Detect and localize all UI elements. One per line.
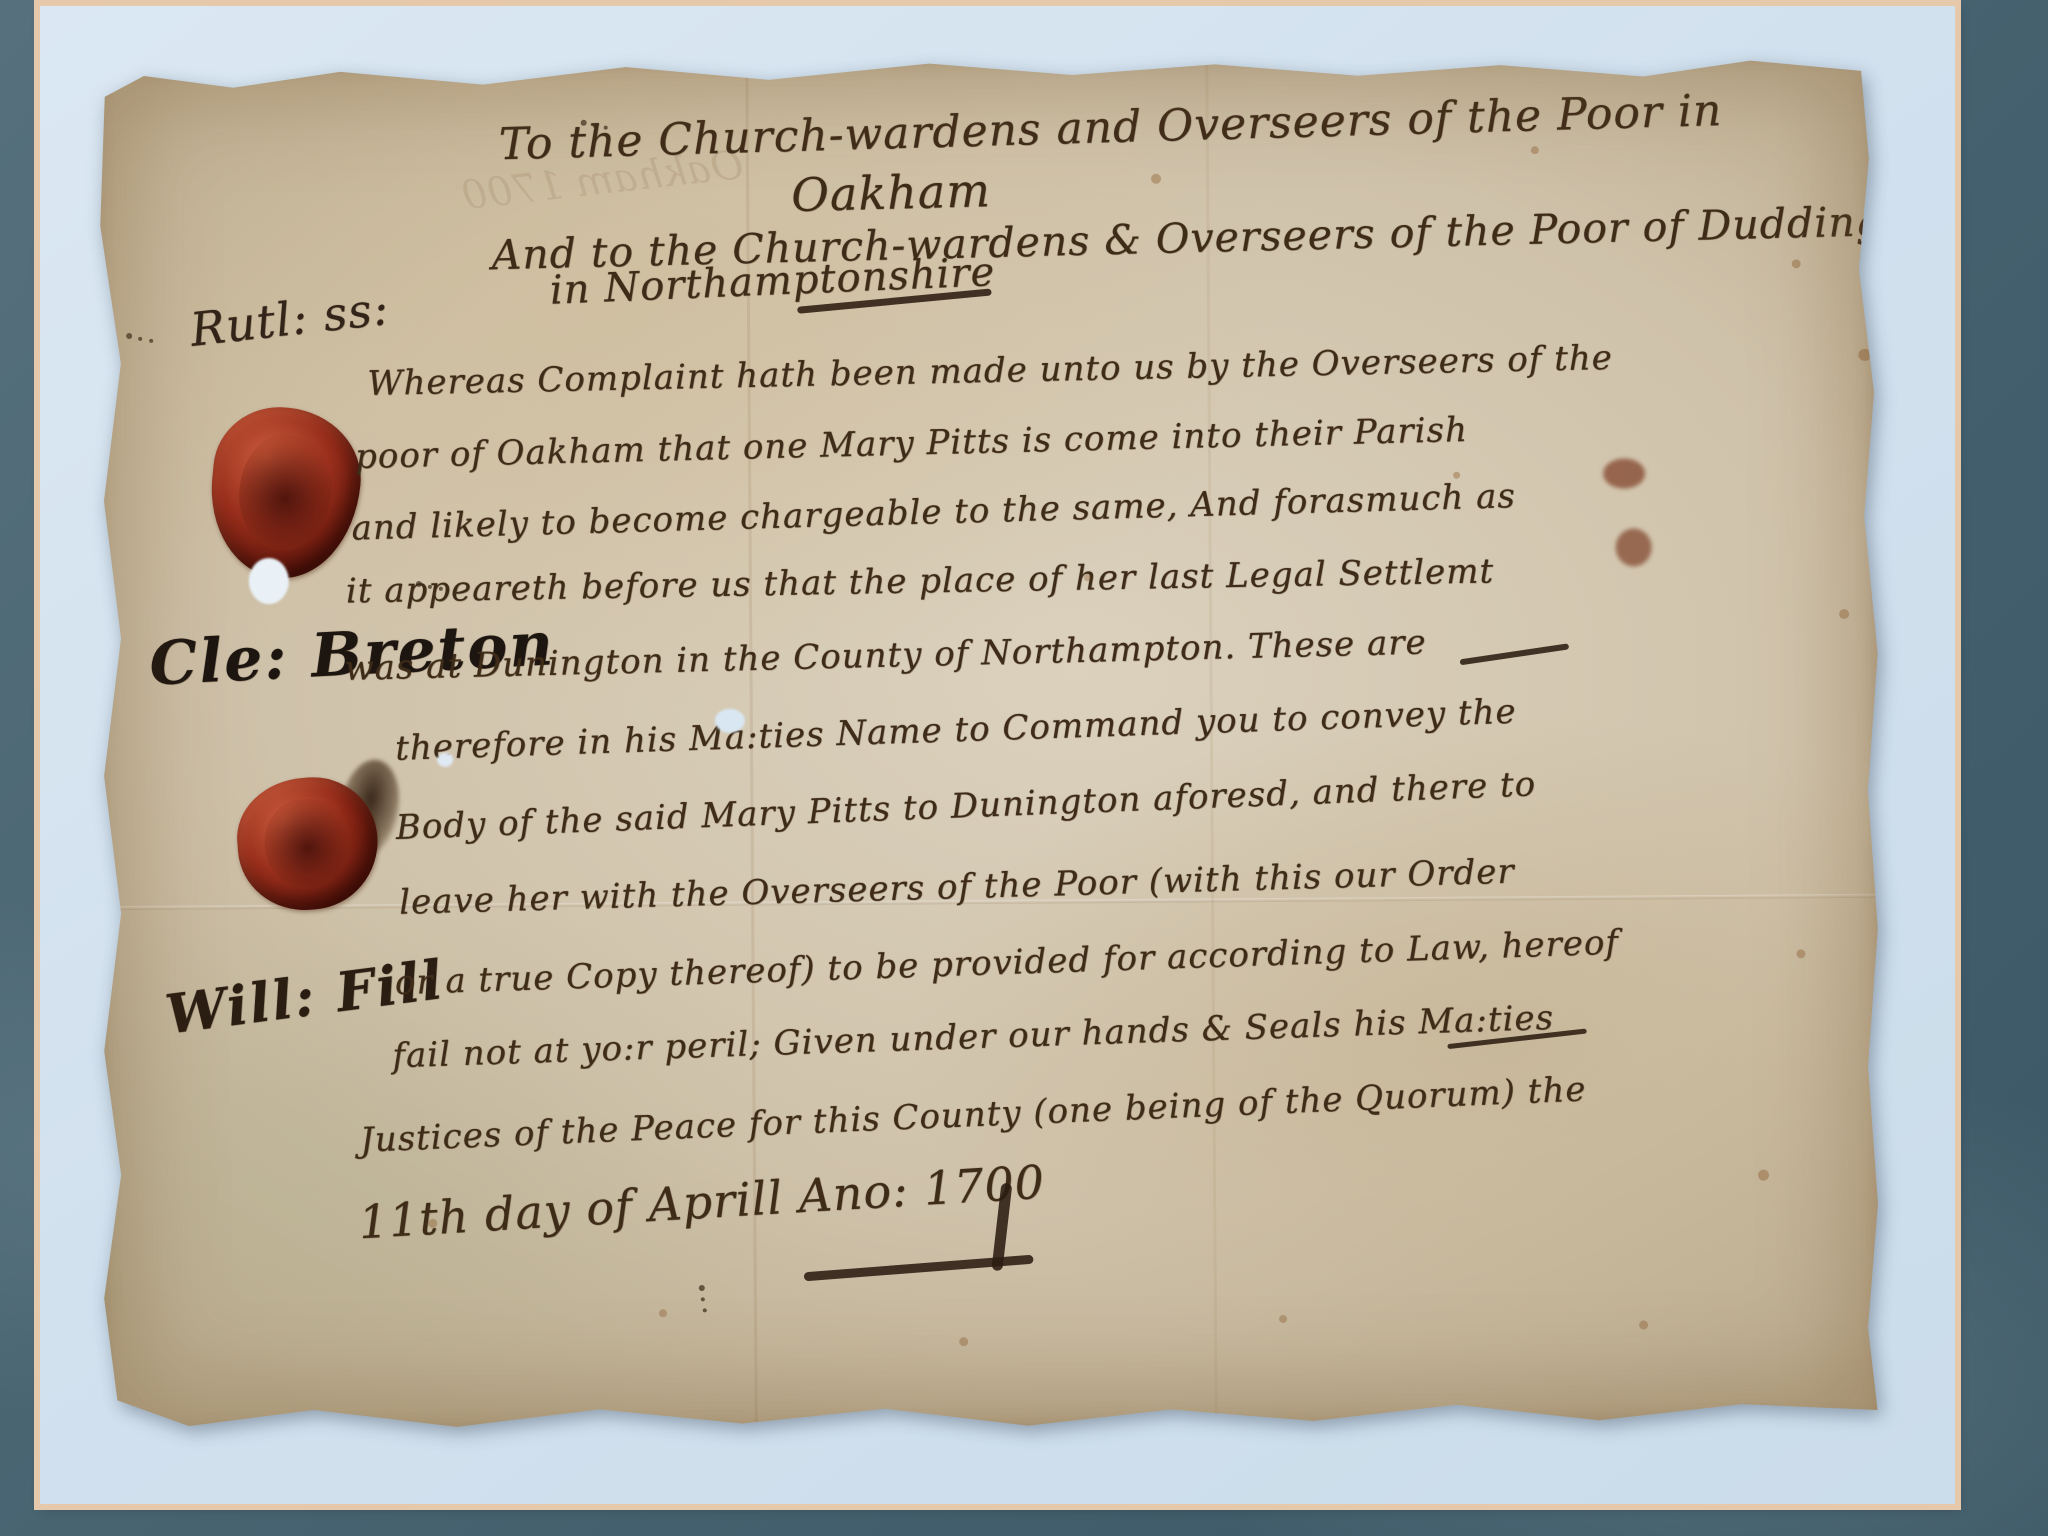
heading-line-2-oakham: Oakham [791,163,992,222]
wax-seal-top-icon [203,401,367,585]
body-line-8: leave her with the Overseers of the Poor… [399,852,1516,923]
photo-of-framed-document: { "scene": { "description": "Photograph … [0,0,2048,1536]
body-line-9: or a true Copy thereof) to be provided f… [394,923,1619,1004]
stain-spot [1616,528,1652,566]
paper-hole [437,753,453,767]
fox-spot [1792,259,1801,268]
pen-dots [416,581,422,587]
paper-hole [249,558,289,604]
body-line-2: poor of Oakham that one Mary Pitts is co… [355,410,1469,477]
body-line-7: Body of the said Mary Pitts to Dunington… [395,764,1537,848]
pen-dots [581,120,587,126]
fox-spot [1151,174,1161,184]
fox-spot [1796,949,1805,958]
pen-dots [698,1284,706,1292]
fox-spot [1531,146,1539,154]
body-line-4: it appeareth before us that the place of… [346,551,1495,611]
stain-spot [1603,458,1645,488]
fox-spot [959,1337,968,1346]
body-line-1: Whereas Complaint hath been made unto us… [367,338,1613,404]
document-paper-wrap: Oakham 1700 To the Church-wardens and Ov… [95,55,1880,1430]
fox-spot [1279,1315,1287,1323]
body-line-10: fail not at yo:r peril; Given under our … [392,998,1555,1077]
heading-line-1: To the Church-wardens and Overseers of t… [498,85,1723,170]
pen-flourish-line5 [1460,643,1570,665]
pen-dots [126,333,132,339]
body-line-3: and likely to become chargeable to the s… [351,476,1516,549]
county-mark: Rutl: ss: [188,281,392,357]
fox-spot [659,1309,667,1317]
body-line-11: Justices of the Peace for this County (o… [359,1069,1587,1160]
fox-spot [1758,1170,1769,1181]
body-line-6: therefore in his Ma:ties Name to Command… [395,692,1518,769]
fox-spot [1858,349,1871,361]
fox-spot [1639,1320,1648,1329]
fox-spot [1839,609,1849,619]
body-line-12-date: 11th day of Aprill Ano: 1700 [357,1155,1046,1250]
document-paper: Oakham 1700 To the Church-wardens and Ov… [90,49,1885,1436]
paper-hole [715,709,745,733]
